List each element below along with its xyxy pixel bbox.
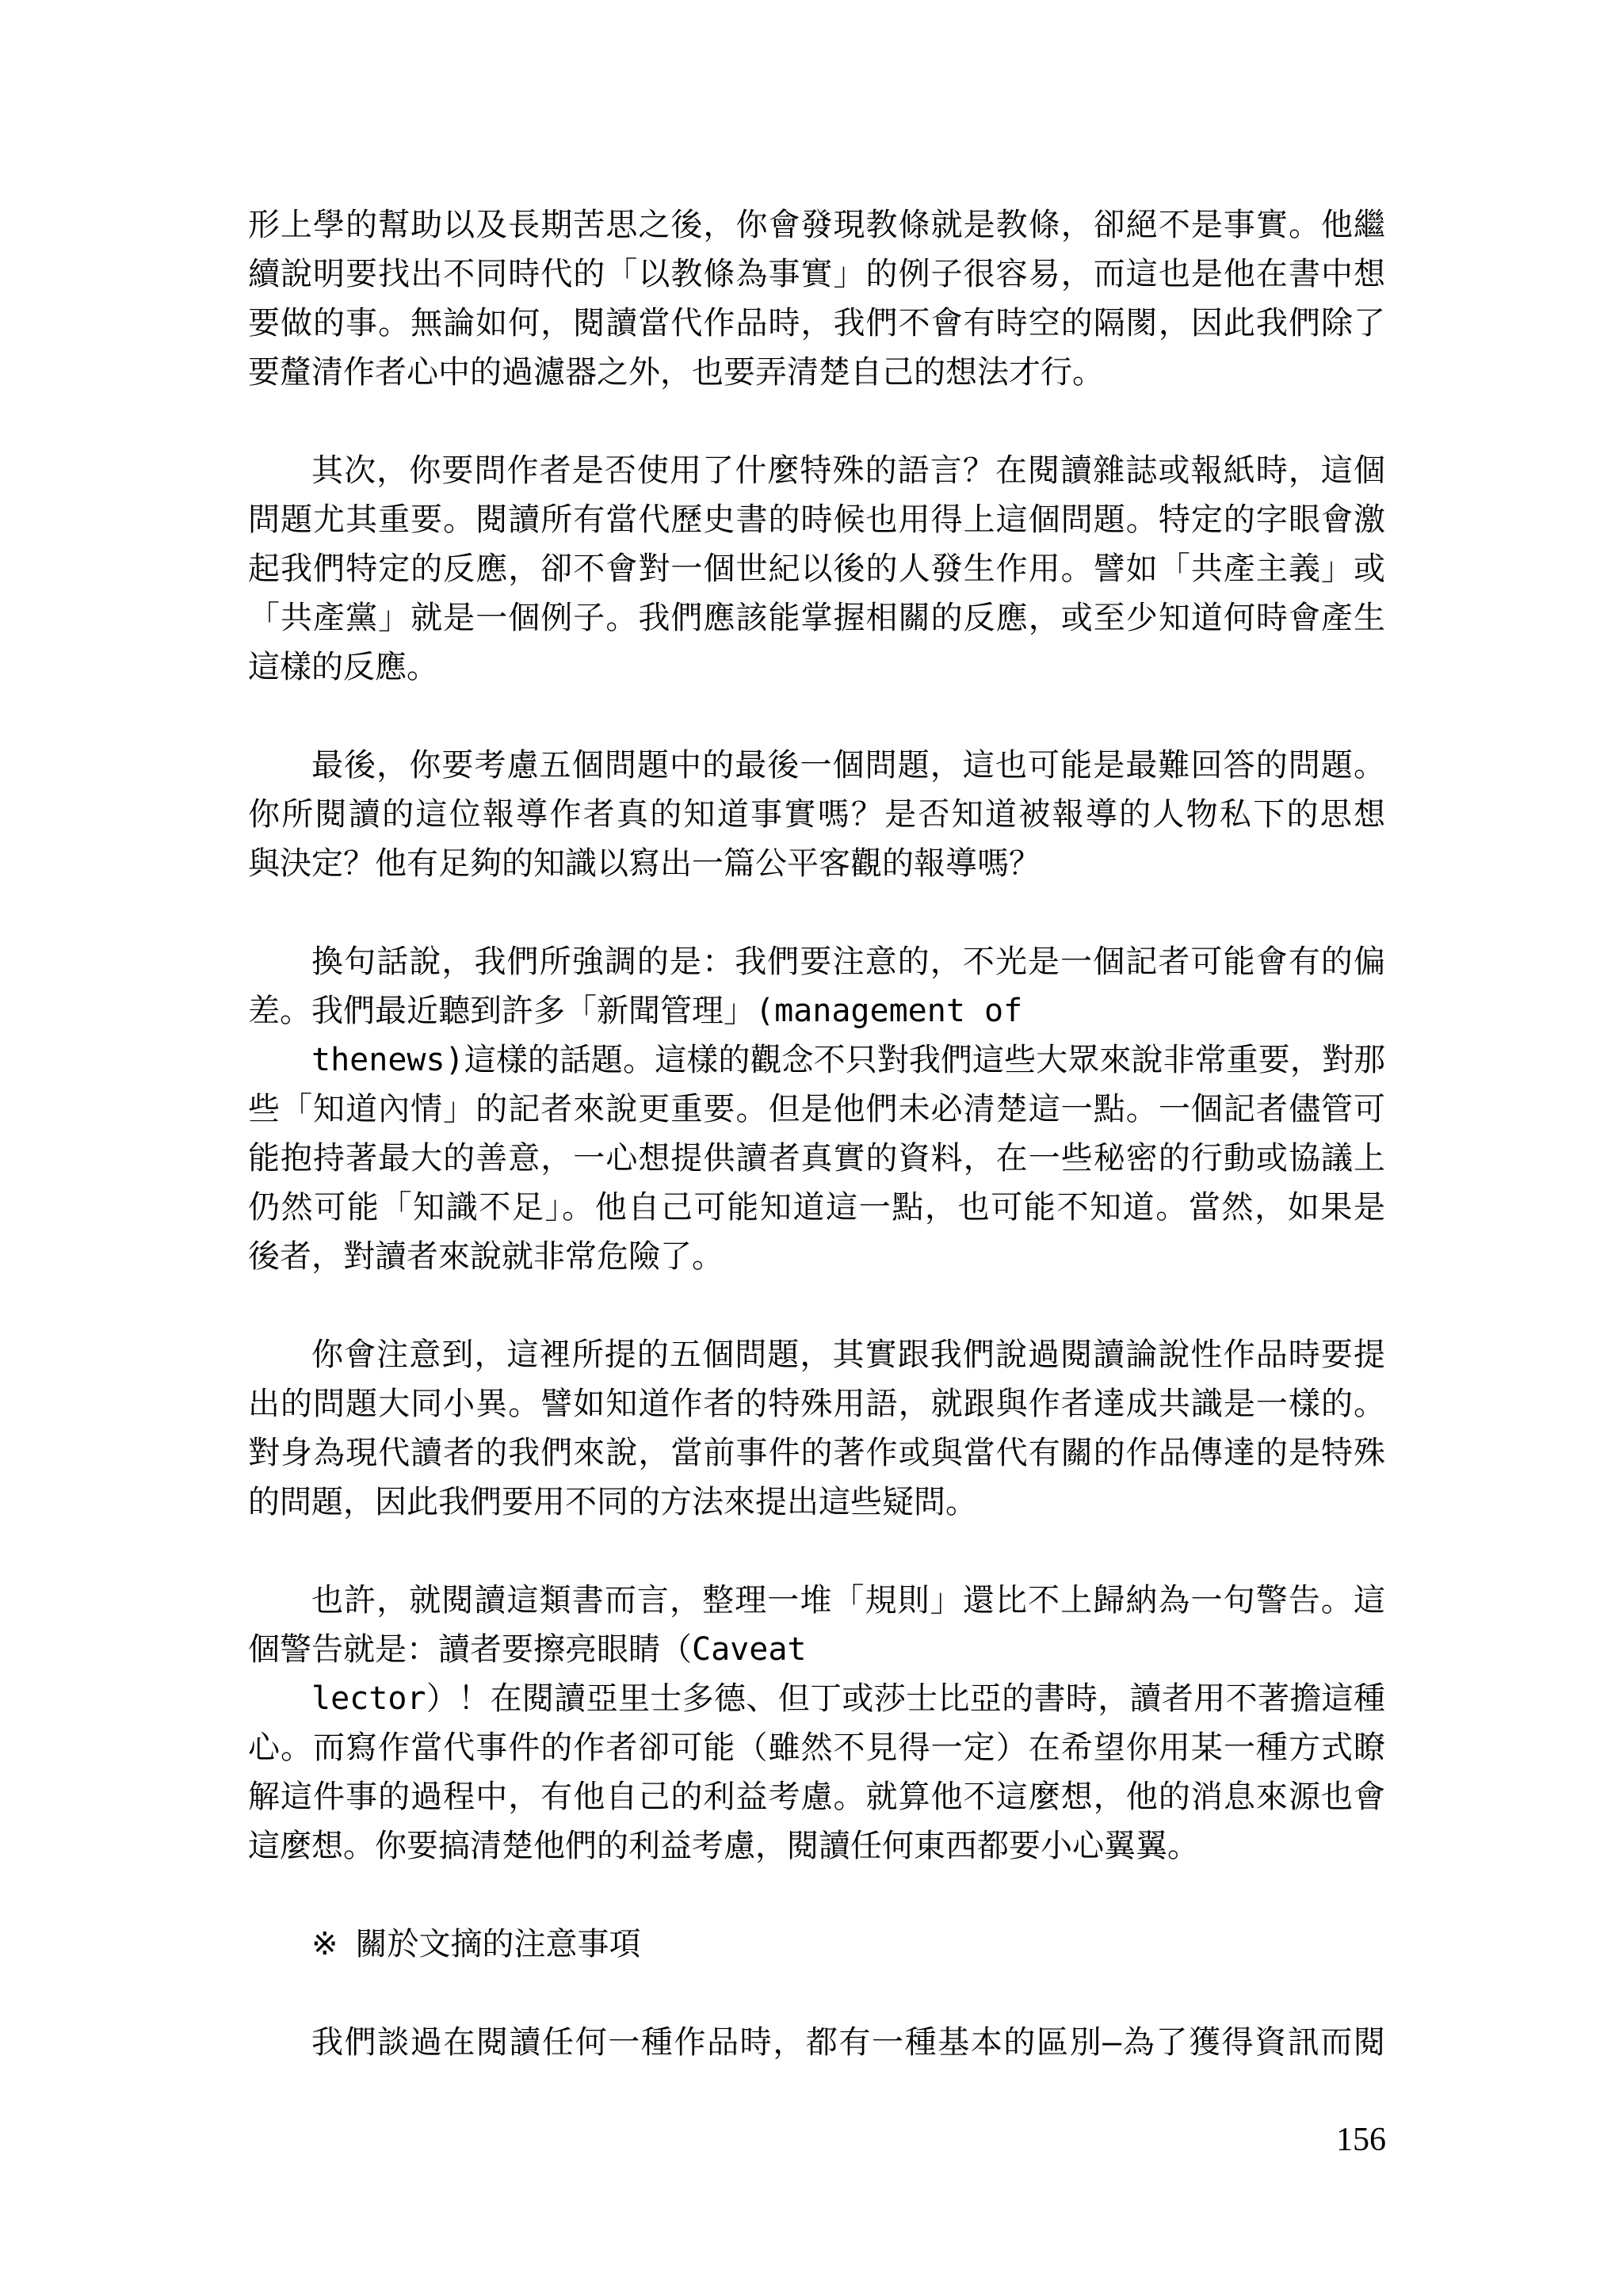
text-line: 能抱持著最大的善意，一心想提供讀者真實的資料，在一些秘密的行動或協議上	[248, 1134, 1385, 1183]
text-line: 差。我們最近聽到許多「新聞管理」(management of	[248, 986, 1385, 1035]
text-line: 這麼想。你要搞清楚他們的利益考慮，閱讀任何東西都要小心翼翼。	[248, 1821, 1385, 1871]
text-line: thenews)這樣的話題。這樣的觀念不只對我們這些大眾來說非常重要，對那	[248, 1035, 1385, 1085]
text-line: 要釐清作者心中的過濾器之外，也要弄清楚自己的想法才行。	[248, 348, 1385, 397]
reference-mark-icon: ※	[311, 1926, 338, 1962]
text-block: 形上學的幫助以及長期苦思之後，你會發現教條就是教條，卻絕不是事實。他繼 續說明要…	[248, 200, 1385, 2116]
document-page: 形上學的幫助以及長期苦思之後，你會發現教條就是教條，卻絕不是事實。他繼 續說明要…	[0, 0, 1623, 2296]
text-line: 續說明要找出不同時代的「以教條為事實」的例子很容易，而這也是他在書中想	[248, 250, 1385, 299]
text-line: 你所閱讀的這位報導作者真的知道事實嗎？是否知道被報導的人物私下的思想	[248, 790, 1385, 839]
text-line: lector）！在閱讀亞里士多德、但丁或莎士比亞的書時，讀者用不著擔這種	[248, 1674, 1385, 1723]
text-line: 心。而寫作當代事件的作者卻可能（雖然不見得一定）在希望你用某一種方式瞭	[248, 1723, 1385, 1772]
text-line: 起我們特定的反應，卻不會對一個世紀以後的人發生作用。譬如「共產主義」或	[248, 544, 1385, 593]
text-line: 後者，對讀者來說就非常危險了。	[248, 1232, 1385, 1281]
section-heading-text: 關於文摘的注意事項	[356, 1926, 641, 1962]
paragraph-3: 最後，你要考慮五個問題中的最後一個問題，這也可能是最難回答的問題。 你所閱讀的這…	[248, 741, 1385, 888]
paragraph-6: 也許，就閱讀這類書而言，整理一堆「規則」還比不上歸納為一句警告。這 個警告就是：…	[248, 1576, 1385, 1871]
text-line: 形上學的幫助以及長期苦思之後，你會發現教條就是教條，卻絕不是事實。他繼	[248, 200, 1385, 250]
paragraph-5: 你會注意到，這裡所提的五個問題，其實跟我們說過閱讀論說性作品時要提 出的問題大同…	[248, 1330, 1385, 1527]
text-line: 我們談過在閱讀任何一種作品時，都有一種基本的區別—為了獲得資訊而閱	[248, 2018, 1385, 2067]
text-line: 的問題，因此我們要用不同的方法來提出這些疑問。	[248, 1478, 1385, 1527]
text-line: 個警告就是：讀者要擦亮眼睛（Caveat	[248, 1625, 1385, 1674]
text-line: 仍然可能「知識不足」。他自己可能知道這一點，也可能不知道。當然，如果是	[248, 1183, 1385, 1232]
text-line: 其次，你要問作者是否使用了什麼特殊的語言？在閱讀雜誌或報紙時，這個	[248, 446, 1385, 495]
text-line: 也許，就閱讀這類書而言，整理一堆「規則」還比不上歸納為一句警告。這	[248, 1576, 1385, 1625]
paragraph-2: 其次，你要問作者是否使用了什麼特殊的語言？在閱讀雜誌或報紙時，這個 問題尤其重要…	[248, 446, 1385, 692]
closing-paragraph: 我們談過在閱讀任何一種作品時，都有一種基本的區別—為了獲得資訊而閱	[248, 2018, 1385, 2067]
text-line: 些「知道內情」的記者來說更重要。但是他們未必清楚這一點。一個記者儘管可	[248, 1085, 1385, 1134]
text-line: 對身為現代讀者的我們來說，當前事件的著作或與當代有關的作品傳達的是特殊	[248, 1428, 1385, 1478]
text-line: 與決定？他有足夠的知識以寫出一篇公平客觀的報導嗎？	[248, 839, 1385, 888]
text-line: 「共產黨」就是一個例子。我們應該能掌握相關的反應，或至少知道何時會產生	[248, 593, 1385, 643]
paragraph-4: 換句話說，我們所強調的是：我們要注意的，不光是一個記者可能會有的偏 差。我們最近…	[248, 937, 1385, 1281]
page-number: 156	[1336, 2123, 1386, 2157]
text-line: 換句話說，我們所強調的是：我們要注意的，不光是一個記者可能會有的偏	[248, 937, 1385, 986]
text-line: 最後，你要考慮五個問題中的最後一個問題，這也可能是最難回答的問題。	[248, 741, 1385, 790]
paragraph-1: 形上學的幫助以及長期苦思之後，你會發現教條就是教條，卻絕不是事實。他繼 續說明要…	[248, 200, 1385, 397]
text-line: 解這件事的過程中，有他自己的利益考慮。就算他不這麼想，他的消息來源也會	[248, 1772, 1385, 1821]
text-line: 問題尤其重要。閱讀所有當代歷史書的時候也用得上這個問題。特定的字眼會激	[248, 495, 1385, 544]
text-line: 這樣的反應。	[248, 643, 1385, 692]
text-line: 要做的事。無論如何，閱讀當代作品時，我們不會有時空的隔閡，因此我們除了	[248, 299, 1385, 348]
section-heading: ※關於文摘的注意事項	[248, 1920, 1385, 1969]
text-line: 出的問題大同小異。譬如知道作者的特殊用語，就跟與作者達成共識是一樣的。	[248, 1379, 1385, 1428]
text-line: 你會注意到，這裡所提的五個問題，其實跟我們說過閱讀論說性作品時要提	[248, 1330, 1385, 1379]
